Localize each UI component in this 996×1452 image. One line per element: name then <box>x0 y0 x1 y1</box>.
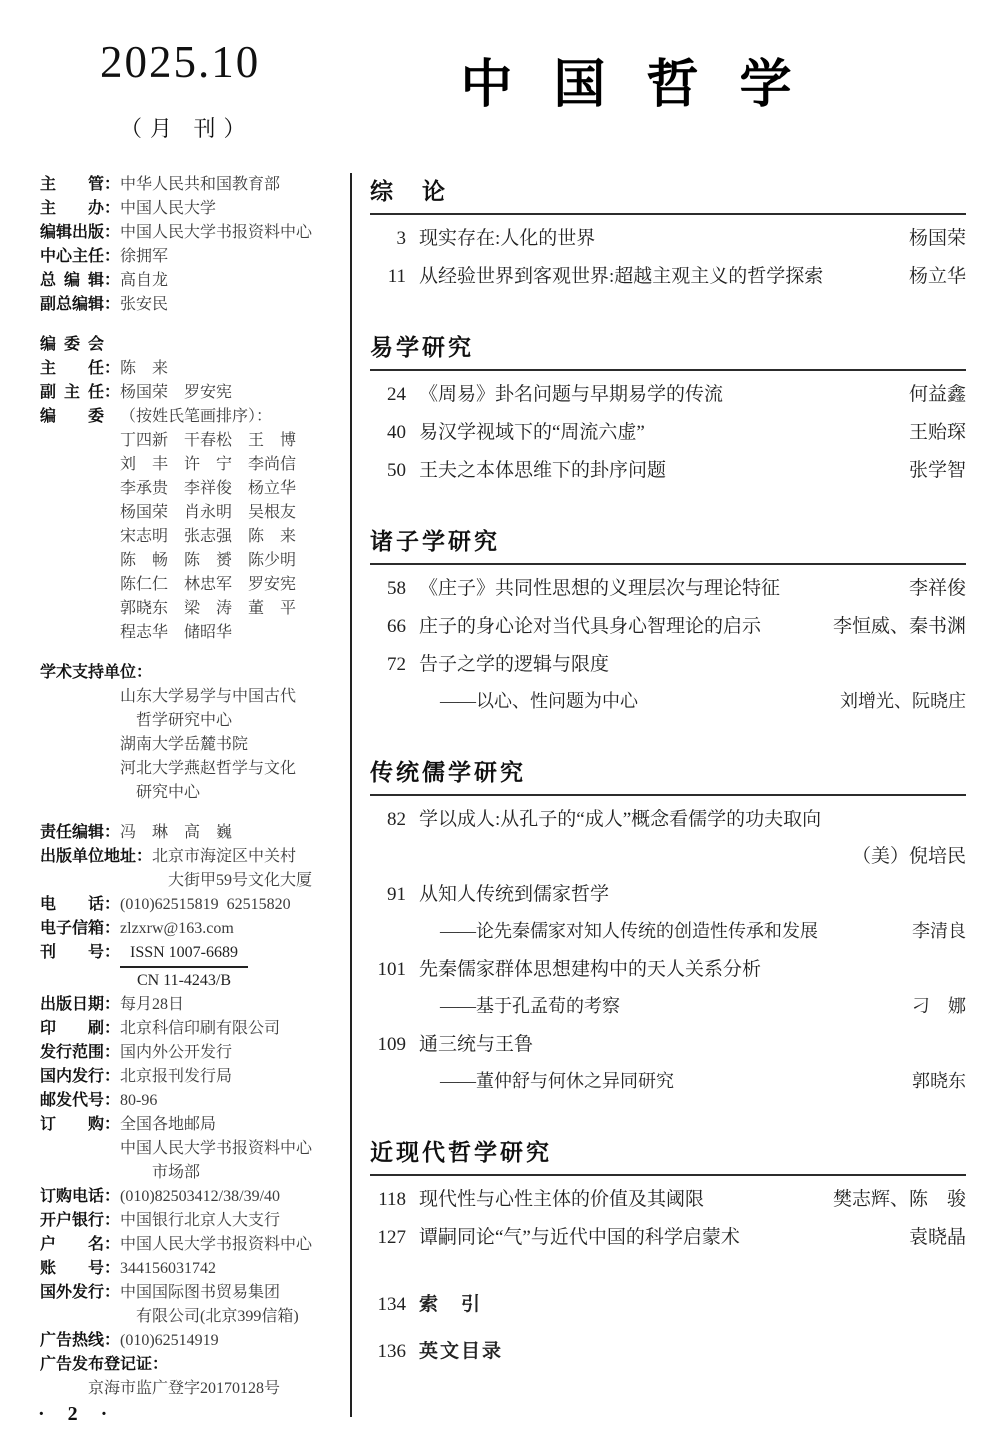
masthead-row: 副主任：杨国荣 罗安宪 <box>40 381 348 405</box>
masthead-value-line: 每月28日 <box>120 993 348 1017</box>
masthead-value-line: 宋志明 张志强 陈 来 <box>120 525 348 549</box>
masthead-label: 开户银行 <box>40 1209 104 1233</box>
masthead-value: 中国人民大学书报资料中心 <box>120 1233 348 1257</box>
toc-entry: 118现代性与心性主体的价值及其阈限樊志辉、陈 骏 <box>370 1185 966 1214</box>
masthead-value-line: 中国人民大学书报资料中心 <box>120 221 348 245</box>
masthead-colon: ： <box>104 917 120 941</box>
masthead-value-line: 北京报刊发行局 <box>120 1065 348 1089</box>
masthead-value-line: 中华人民共和国教育部 <box>120 173 348 197</box>
masthead-value-line: 李承贵 李祥俊 杨立华 <box>120 477 348 501</box>
toc-entry-page: 24 <box>370 380 419 409</box>
masthead-colon: ： <box>104 1041 120 1065</box>
masthead-value: （按姓氏笔画排序）： <box>120 405 348 429</box>
masthead-row: 户名：中国人民大学书报资料中心 <box>40 1233 348 1257</box>
masthead-colon: ： <box>104 1233 120 1257</box>
masthead-label: 发行范围 <box>40 1041 104 1065</box>
masthead-value-line: 国内外公开发行 <box>120 1041 348 1065</box>
toc-entry-title: 从知人传统到儒家哲学 <box>419 880 966 909</box>
toc-entry-row: 136英文目录 <box>370 1337 966 1366</box>
toc-entry: 58《庄子》共同性思想的义理层次与理论特征李祥俊 <box>370 574 966 603</box>
masthead-row: 订购电话：(010)82503412/38/39/40 <box>40 1185 348 1209</box>
masthead-label: 出版单位地址 <box>40 845 136 869</box>
masthead-value-line: 中国人民大学书报资料中心 <box>120 1137 348 1161</box>
toc-entry-title: 学以成人:从孔子的“成人”概念看儒学的功夫取向 <box>419 805 966 834</box>
masthead-row: 刊号：ISSN 1007-6689CN 11-4243/B <box>40 941 348 993</box>
toc-section-heading: 传统儒学研究 <box>370 754 966 787</box>
toc-entry: 134索 引 <box>370 1290 966 1319</box>
masthead-row: 主管：中华人民共和国教育部 <box>40 173 348 197</box>
masthead-label: 主办 <box>40 197 104 221</box>
toc-entry-author: 樊志辉、陈 骏 <box>823 1185 966 1214</box>
masthead-colon: ： <box>104 941 120 965</box>
issn-number: ISSN 1007-6689 <box>120 941 248 968</box>
masthead-row: 主办：中国人民大学 <box>40 197 348 221</box>
masthead-row: 编委会 <box>40 333 348 357</box>
toc-entry: 11从经验世界到客观世界:超越主观主义的哲学探索杨立华 <box>370 262 966 291</box>
toc-entry-subtitle: ——以心、性问题为中心 <box>440 687 830 716</box>
masthead-colon: ： <box>104 821 120 845</box>
toc-entry-page: 3 <box>370 224 419 253</box>
masthead-value: 国内外公开发行 <box>120 1041 348 1065</box>
masthead-value: 中华人民共和国教育部 <box>120 173 348 197</box>
masthead-label: 出版日期 <box>40 993 104 1017</box>
masthead-colon: ： <box>104 381 120 405</box>
masthead-row: 副总编辑：张安民 <box>40 293 348 317</box>
masthead-value: 张安民 <box>120 293 348 317</box>
masthead-value-line: 中国人民大学书报资料中心 <box>120 1233 348 1257</box>
masthead-row: 电子信箱：zlzxrw@163.com <box>40 917 348 941</box>
toc-entry: 40易汉学视域下的“周流六虚”王贻琛 <box>370 418 966 447</box>
masthead-value: 344156031742 <box>120 1257 348 1281</box>
masthead-value: 高自龙 <box>120 269 348 293</box>
masthead-value-line: 杨国荣 肖永明 吴根友 <box>120 501 348 525</box>
masthead-value-line: 陈 来 <box>120 357 348 381</box>
toc-entry-subtitle: ——基于孔孟荀的考察 <box>440 992 902 1021</box>
masthead-value-line: 北京市海淀区中关村 <box>152 845 348 869</box>
toc-entry: 136英文目录 <box>370 1337 966 1366</box>
toc-entry-author: 杨立华 <box>899 262 966 291</box>
masthead-value-line: 市场部 <box>120 1161 348 1185</box>
masthead-value-line: 郭晓东 梁 涛 董 平 <box>120 597 348 621</box>
masthead-label: 主任 <box>40 357 104 381</box>
masthead-value: 北京市海淀区中关村 大街甲59号文化大厦 <box>152 845 348 893</box>
toc-entry-author: 张学智 <box>899 456 966 485</box>
toc-entry-subtitle: ——论先秦儒家对知人传统的创造性传承和发展 <box>440 917 902 946</box>
masthead-label: 学术支持单位 <box>40 661 136 685</box>
toc-section: 诸子学研究58《庄子》共同性思想的义理层次与理论特征李祥俊66庄子的身心论对当代… <box>370 523 966 716</box>
masthead-value: 山东大学易学与中国古代 哲学研究中心湖南大学岳麓书院河北大学燕赵哲学与文化 研究… <box>120 685 348 805</box>
masthead-value-line: 有限公司(北京399信箱) <box>120 1305 348 1329</box>
masthead-value-line: (010)82503412/38/39/40 <box>120 1185 348 1209</box>
masthead-label: 主管 <box>40 173 104 197</box>
masthead-label: 邮发代号 <box>40 1089 104 1113</box>
masthead-value: 每月28日 <box>120 993 348 1017</box>
toc-entry-author: 杨国荣 <box>899 224 966 253</box>
journal-title: 中 国 哲 学 <box>340 36 966 117</box>
masthead-row: 责任编辑：冯 琳 高 巍 <box>40 821 348 845</box>
toc-entry-page: 134 <box>370 1290 419 1319</box>
masthead-value: ISSN 1007-6689CN 11-4243/B <box>120 941 348 993</box>
toc-entry: 3现实存在:人化的世界杨国荣 <box>370 224 966 253</box>
masthead-label: 广告发布登记证 <box>40 1353 152 1377</box>
masthead-row: 开户银行：中国银行北京人大支行 <box>40 1209 348 1233</box>
masthead-row: 邮发代号：80-96 <box>40 1089 348 1113</box>
masthead-colon: ： <box>104 1185 120 1209</box>
masthead-block: 责任编辑：冯 琳 高 巍出版单位地址：北京市海淀区中关村 大街甲59号文化大厦电… <box>40 821 348 1401</box>
toc-entry-row: 58《庄子》共同性思想的义理层次与理论特征李祥俊 <box>370 574 966 603</box>
masthead-value-line: (010)62515819 62515820 <box>120 893 348 917</box>
masthead-value: 杨国荣 罗安宪 <box>120 381 348 405</box>
masthead-value-line: 陈 畅 陈 赟 陈少明 <box>120 549 348 573</box>
journal-toc-page: 2025.10 （月 刊） 中 国 哲 学 主管：中华人民共和国教育部主办：中国… <box>0 0 996 1452</box>
toc-entry: 109通三统与王鲁——董仲舒与何休之异同研究郭晓东 <box>370 1030 966 1096</box>
toc-entry-page: 101 <box>370 955 419 984</box>
masthead-row: 国内发行：北京报刊发行局 <box>40 1065 348 1089</box>
issn-cn-stack: ISSN 1007-6689CN 11-4243/B <box>120 941 248 993</box>
masthead-value-line: 山东大学易学与中国古代 <box>120 685 348 709</box>
toc-entry: 66庄子的身心论对当代具身心智理论的启示李恒威、秦书渊 <box>370 612 966 641</box>
toc-end-matter: 134索 引136英文目录 <box>370 1290 966 1366</box>
toc-entry-row: 72告子之学的逻辑与限度 <box>370 650 966 679</box>
toc-entry-row: 127谭嗣同论“气”与近代中国的科学启蒙术袁晓晶 <box>370 1223 966 1252</box>
toc-entry-title: 庄子的身心论对当代具身心智理论的启示 <box>419 612 823 641</box>
toc-entry-author: （美）倪培民 <box>842 842 966 871</box>
masthead-label: 账号 <box>40 1257 104 1281</box>
masthead-value-line: 中国银行北京人大支行 <box>120 1209 348 1233</box>
masthead-label: 编委会 <box>40 333 104 357</box>
masthead-label: 副主任 <box>40 381 104 405</box>
masthead-colon: ： <box>104 173 120 197</box>
masthead-value: zlzxrw@163.com <box>120 917 348 941</box>
masthead-row: 京海市监广登字20170128号 <box>40 1377 348 1401</box>
masthead-value-line: 徐拥军 <box>120 245 348 269</box>
toc-section-rule <box>370 369 966 371</box>
toc-section-heading: 易学研究 <box>370 329 966 362</box>
masthead-row: 广告热线：(010)62514919 <box>40 1329 348 1353</box>
toc-entry-title: 王夫之本体思维下的卦序问题 <box>419 456 899 485</box>
masthead-value: 北京报刊发行局 <box>120 1065 348 1089</box>
masthead-label: 国外发行 <box>40 1281 104 1305</box>
masthead-colon: ： <box>136 661 152 685</box>
toc-section: 近现代哲学研究118现代性与心性主体的价值及其阈限樊志辉、陈 骏127谭嗣同论“… <box>370 1134 966 1252</box>
masthead-value-line: 中国国际图书贸易集团 <box>120 1281 348 1305</box>
masthead-colon: ： <box>104 1281 120 1305</box>
page-header: 2025.10 （月 刊） 中 国 哲 学 <box>40 36 966 143</box>
masthead-colon: ： <box>104 1017 120 1041</box>
issue-frequency: （月 刊） <box>40 112 340 143</box>
toc-entry-page: 109 <box>370 1030 419 1059</box>
masthead-colon: ： <box>136 845 152 869</box>
toc-entry-author: 李祥俊 <box>899 574 966 603</box>
toc-entry-author: 王贻琛 <box>899 418 966 447</box>
masthead-row: 发行范围：国内外公开发行 <box>40 1041 348 1065</box>
masthead-value-line: 杨国荣 罗安宪 <box>120 381 348 405</box>
toc-entry-row: 3现实存在:人化的世界杨国荣 <box>370 224 966 253</box>
masthead-value-line: 程志华 储昭华 <box>120 621 348 645</box>
toc-entry-row: 109通三统与王鲁 <box>370 1030 966 1059</box>
toc-entry-row: 118现代性与心性主体的价值及其阈限樊志辉、陈 骏 <box>370 1185 966 1214</box>
masthead-value: (010)62514919 <box>120 1329 348 1353</box>
toc-entry-author: 李恒威、秦书渊 <box>823 612 966 641</box>
masthead-value-line: 344156031742 <box>120 1257 348 1281</box>
masthead-label: 订购 <box>40 1113 104 1137</box>
masthead-column: 主管：中华人民共和国教育部主办：中国人民大学编辑出版：中国人民大学书报资料中心中… <box>40 173 348 1417</box>
toc-section-heading: 近现代哲学研究 <box>370 1134 966 1167</box>
masthead-value-line: 哲学研究中心 <box>120 709 348 733</box>
masthead-value: 中国人民大学书报资料中心 <box>120 221 348 245</box>
toc-entry-row: 101先秦儒家群体思想建构中的天人关系分析 <box>370 955 966 984</box>
masthead-colon: ： <box>104 1257 120 1281</box>
toc-entry-page: 127 <box>370 1223 419 1252</box>
masthead-value: 中国人民大学 <box>120 197 348 221</box>
toc-entry-row: 134索 引 <box>370 1290 966 1319</box>
toc-entry-author: 郭晓东 <box>902 1067 966 1096</box>
masthead-label: 责任编辑 <box>40 821 104 845</box>
masthead-colon: ： <box>104 1065 120 1089</box>
toc-entry-row: 24《周易》卦名问题与早期易学的传流何益鑫 <box>370 380 966 409</box>
masthead-value-line: 高自龙 <box>120 269 348 293</box>
toc-entry-title: 通三统与王鲁 <box>419 1030 966 1059</box>
masthead-row: 出版日期：每月28日 <box>40 993 348 1017</box>
toc-entry: 82学以成人:从孔子的“成人”概念看儒学的功夫取向（美）倪培民 <box>370 805 966 871</box>
masthead-value-line: 研究中心 <box>120 781 348 805</box>
masthead-row: 山东大学易学与中国古代 哲学研究中心湖南大学岳麓书院河北大学燕赵哲学与文化 研究… <box>40 685 348 805</box>
masthead-label: 广告热线 <box>40 1329 104 1353</box>
toc-entry-title: 英文目录 <box>419 1337 966 1366</box>
masthead-colon: ： <box>104 1089 120 1113</box>
masthead-row: 印刷：北京科信印刷有限公司 <box>40 1017 348 1041</box>
masthead-label: 编委 <box>40 405 104 429</box>
toc-entry-page: 40 <box>370 418 419 447</box>
toc-section-heading: 诸子学研究 <box>370 523 966 556</box>
masthead-value-line: 全国各地邮局 <box>120 1113 348 1137</box>
masthead-value: 徐拥军 <box>120 245 348 269</box>
masthead-value-line: 陈仁仁 林忠军 罗安宪 <box>120 573 348 597</box>
masthead-label: 电子信箱 <box>40 917 104 941</box>
toc-entry: 127谭嗣同论“气”与近代中国的科学启蒙术袁晓晶 <box>370 1223 966 1252</box>
toc-entry-author: 刁 娜 <box>902 992 966 1021</box>
toc-entry-page: 136 <box>370 1337 419 1366</box>
masthead-label: 副总编辑 <box>40 293 104 317</box>
masthead-row: 总编辑：高自龙 <box>40 269 348 293</box>
toc-entry: 91从知人传统到儒家哲学——论先秦儒家对知人传统的创造性传承和发展李清良 <box>370 880 966 946</box>
masthead-label: 国内发行 <box>40 1065 104 1089</box>
toc-entry-title: 易汉学视域下的“周流六虚” <box>419 418 899 447</box>
masthead-label: 订购电话 <box>40 1185 104 1209</box>
issue-block: 2025.10 （月 刊） <box>40 36 340 143</box>
masthead-value: 陈 来 <box>120 357 348 381</box>
issue-date: 2025.10 <box>40 36 340 88</box>
masthead-value-line: 大街甲59号文化大厦 <box>152 869 348 893</box>
masthead-value-line: (010)62514919 <box>120 1329 348 1353</box>
toc-entry-title: 先秦儒家群体思想建构中的天人关系分析 <box>419 955 966 984</box>
masthead-colon: ： <box>152 1353 168 1377</box>
masthead-block: 主管：中华人民共和国教育部主办：中国人民大学编辑出版：中国人民大学书报资料中心中… <box>40 173 348 317</box>
masthead-value-line: 京海市监广登字20170128号 <box>88 1377 280 1401</box>
toc-entry: 72告子之学的逻辑与限度——以心、性问题为中心刘增光、阮晓庄 <box>370 650 966 716</box>
toc-entry-row: 66庄子的身心论对当代具身心智理论的启示李恒威、秦书渊 <box>370 612 966 641</box>
masthead-colon: ： <box>104 1113 120 1137</box>
toc-section-rule <box>370 563 966 565</box>
toc-entry-row: 40易汉学视域下的“周流六虚”王贻琛 <box>370 418 966 447</box>
toc-entry-row: 11从经验世界到客观世界:超越主观主义的哲学探索杨立华 <box>370 262 966 291</box>
masthead-row: 出版单位地址：北京市海淀区中关村 大街甲59号文化大厦 <box>40 845 348 893</box>
toc-entry-title: 现代性与心性主体的价值及其阈限 <box>419 1185 823 1214</box>
toc-entry-title: 索 引 <box>419 1290 966 1319</box>
masthead-value-line: 中国人民大学 <box>120 197 348 221</box>
toc-entry-title: 告子之学的逻辑与限度 <box>419 650 966 679</box>
toc-entry-page: 118 <box>370 1185 419 1214</box>
masthead-value-line: 80-96 <box>120 1089 348 1113</box>
toc-entry-subtitle-row: ——董仲舒与何休之异同研究郭晓东 <box>370 1067 966 1096</box>
masthead-value: 全国各地邮局中国人民大学书报资料中心 市场部 <box>120 1113 348 1185</box>
masthead-value: 冯 琳 高 巍 <box>120 821 348 845</box>
masthead-block: 编委会主任：陈 来副主任：杨国荣 罗安宪编委（按姓氏笔画排序）：丁四新 干春松 … <box>40 333 348 645</box>
toc-entry-row: 50王夫之本体思维下的卦序问题张学智 <box>370 456 966 485</box>
toc-entry-author: 袁晓晶 <box>899 1223 966 1252</box>
masthead-row: 订购：全国各地邮局中国人民大学书报资料中心 市场部 <box>40 1113 348 1185</box>
masthead-value-line: 冯 琳 高 巍 <box>120 821 348 845</box>
toc-entry-subtitle-row: ——基于孔孟荀的考察刁 娜 <box>370 992 966 1021</box>
masthead-value: 中国银行北京人大支行 <box>120 1209 348 1233</box>
masthead-row: 学术支持单位： <box>40 661 348 685</box>
masthead-colon: ： <box>104 893 120 917</box>
toc-entry-author: 李清良 <box>902 917 966 946</box>
masthead-row: 主任：陈 来 <box>40 357 348 381</box>
toc-section-rule <box>370 213 966 215</box>
masthead-colon: ： <box>104 221 120 245</box>
toc-entry-subtitle: ——董仲舒与何休之异同研究 <box>440 1067 902 1096</box>
toc-entry-page: 82 <box>370 805 419 834</box>
toc-column: 综 论3现实存在:人化的世界杨国荣11从经验世界到客观世界:超越主观主义的哲学探… <box>352 173 966 1417</box>
masthead-colon: ： <box>104 269 120 293</box>
toc-entry-title: 《庄子》共同性思想的义理层次与理论特征 <box>419 574 899 603</box>
toc-entry-subtitle-row: ——以心、性问题为中心刘增光、阮晓庄 <box>370 687 966 716</box>
cn-number: CN 11-4243/B <box>120 968 248 993</box>
toc-entry-title: 从经验世界到客观世界:超越主观主义的哲学探索 <box>419 262 899 291</box>
masthead-colon: ： <box>104 357 120 381</box>
toc-section: 易学研究24《周易》卦名问题与早期易学的传流何益鑫40易汉学视域下的“周流六虚”… <box>370 329 966 485</box>
toc-entry: 101先秦儒家群体思想建构中的天人关系分析——基于孔孟荀的考察刁 娜 <box>370 955 966 1021</box>
masthead-value: 80-96 <box>120 1089 348 1113</box>
masthead-label: 中心主任 <box>40 245 104 269</box>
masthead-row: 编辑出版：中国人民大学书报资料中心 <box>40 221 348 245</box>
masthead-value-line: 刘 丰 许 宁 李尚信 <box>120 453 348 477</box>
toc-entry-page: 66 <box>370 612 419 641</box>
toc-entry-page: 72 <box>370 650 419 679</box>
toc-section-rule <box>370 794 966 796</box>
masthead-value-line: （按姓氏笔画排序）： <box>120 405 348 429</box>
toc-entry-author: 何益鑫 <box>899 380 966 409</box>
toc-entry: 24《周易》卦名问题与早期易学的传流何益鑫 <box>370 380 966 409</box>
masthead-value-line: 湖南大学岳麓书院 <box>120 733 348 757</box>
masthead-row: 编委（按姓氏笔画排序）： <box>40 405 348 429</box>
toc-section: 综 论3现实存在:人化的世界杨国荣11从经验世界到客观世界:超越主观主义的哲学探… <box>370 173 966 291</box>
toc-entry-title: 谭嗣同论“气”与近代中国的科学启蒙术 <box>419 1223 899 1252</box>
toc-entry-title: 《周易》卦名问题与早期易学的传流 <box>419 380 899 409</box>
masthead-row: 国外发行：中国国际图书贸易集团 有限公司(北京399信箱) <box>40 1281 348 1329</box>
content-columns: 主管：中华人民共和国教育部主办：中国人民大学编辑出版：中国人民大学书报资料中心中… <box>40 173 966 1417</box>
toc-section-heading: 综 论 <box>370 173 966 206</box>
masthead-value-line: 河北大学燕赵哲学与文化 <box>120 757 348 781</box>
masthead-colon: ： <box>104 993 120 1017</box>
toc-section-rule <box>370 1174 966 1176</box>
masthead-value-line: zlzxrw@163.com <box>120 917 348 941</box>
masthead-row: 广告发布登记证： <box>40 1353 348 1377</box>
masthead-free-line: 京海市监广登字20170128号 <box>88 1377 280 1401</box>
masthead-colon: ： <box>104 1209 120 1233</box>
toc-entry-page: 58 <box>370 574 419 603</box>
masthead-row: 电话：(010)62515819 62515820 <box>40 893 348 917</box>
masthead-value: (010)82503412/38/39/40 <box>120 1185 348 1209</box>
masthead-colon: ： <box>104 245 120 269</box>
toc-entry-subtitle-row: ——论先秦儒家对知人传统的创造性传承和发展李清良 <box>370 917 966 946</box>
masthead-value-line: 北京科信印刷有限公司 <box>120 1017 348 1041</box>
toc-entry-author-row: （美）倪培民 <box>370 842 966 871</box>
toc-section: 传统儒学研究82学以成人:从孔子的“成人”概念看儒学的功夫取向（美）倪培民91从… <box>370 754 966 1096</box>
masthead-colon: ： <box>104 197 120 221</box>
masthead-label: 印刷 <box>40 1017 104 1041</box>
masthead-value-line: 丁四新 干春松 王 博 <box>120 429 348 453</box>
masthead-colon: ： <box>104 293 120 317</box>
toc-entry-row: 82学以成人:从孔子的“成人”概念看儒学的功夫取向 <box>370 805 966 834</box>
masthead-label: 户名 <box>40 1233 104 1257</box>
masthead-value-line: 张安民 <box>120 293 348 317</box>
masthead-label: 刊号 <box>40 941 104 965</box>
toc-entry-author: 刘增光、阮晓庄 <box>830 687 966 716</box>
masthead-label: 编辑出版 <box>40 221 104 245</box>
masthead-colon: ： <box>104 1329 120 1353</box>
toc-entry-title: 现实存在:人化的世界 <box>419 224 899 253</box>
toc-entry-row: 91从知人传统到儒家哲学 <box>370 880 966 909</box>
page-number: · 2 · <box>38 1403 116 1426</box>
toc-entry-page: 91 <box>370 880 419 909</box>
masthead-label: 总编辑 <box>40 269 104 293</box>
masthead-row: 丁四新 干春松 王 博刘 丰 许 宁 李尚信李承贵 李祥俊 杨立华杨国荣 肖永明… <box>40 429 348 645</box>
toc-entry-page: 50 <box>370 456 419 485</box>
masthead-label: 电话 <box>40 893 104 917</box>
toc-entry: 50王夫之本体思维下的卦序问题张学智 <box>370 456 966 485</box>
toc-entry-page: 11 <box>370 262 419 291</box>
masthead-row: 账号：344156031742 <box>40 1257 348 1281</box>
masthead-value: 中国国际图书贸易集团 有限公司(北京399信箱) <box>120 1281 348 1329</box>
masthead-value: 北京科信印刷有限公司 <box>120 1017 348 1041</box>
masthead-block: 学术支持单位：山东大学易学与中国古代 哲学研究中心湖南大学岳麓书院河北大学燕赵哲… <box>40 661 348 805</box>
masthead-row: 中心主任：徐拥军 <box>40 245 348 269</box>
masthead-value: 丁四新 干春松 王 博刘 丰 许 宁 李尚信李承贵 李祥俊 杨立华杨国荣 肖永明… <box>120 429 348 645</box>
masthead-value: (010)62515819 62515820 <box>120 893 348 917</box>
